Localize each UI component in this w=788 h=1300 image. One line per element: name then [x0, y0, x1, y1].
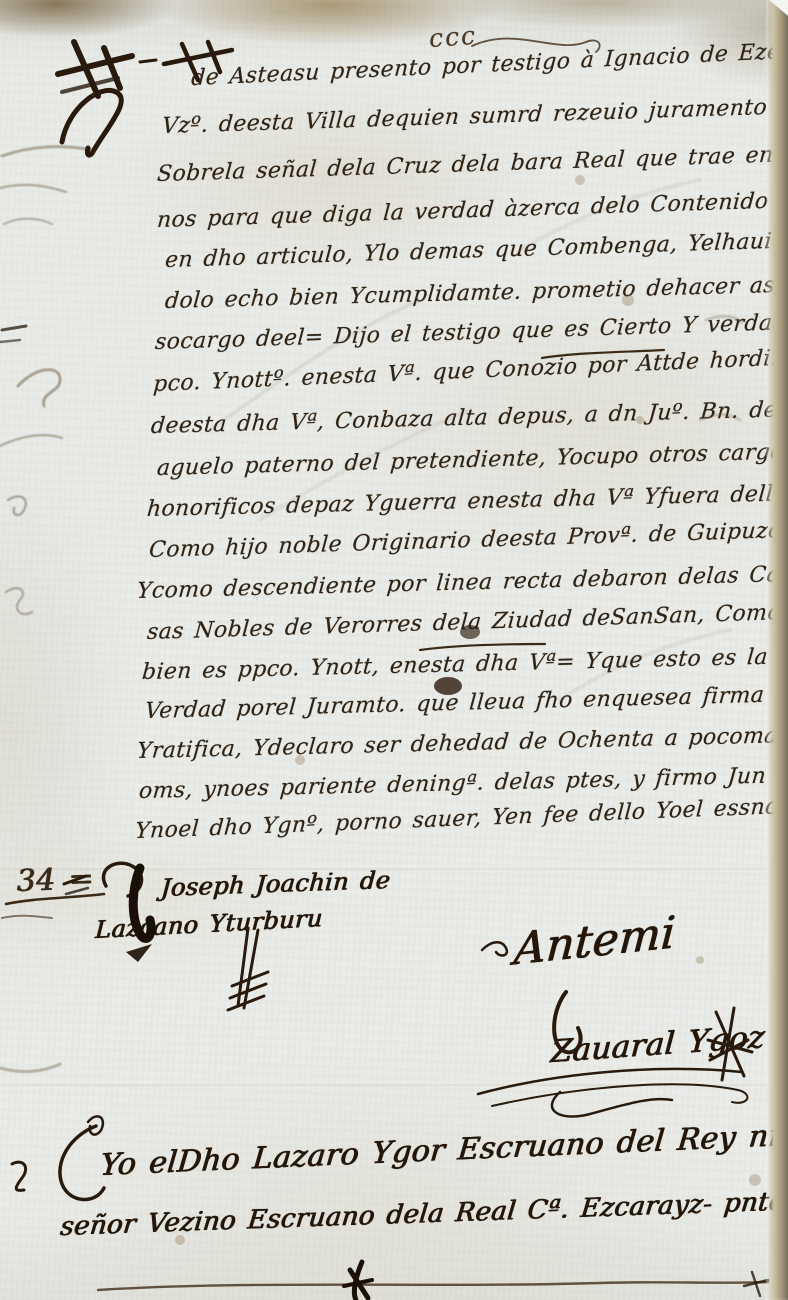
manuscript-line: bien es ppco. Ynott, enesta dha Vª= Yque…	[141, 645, 769, 685]
ante-mi-label: Antemi	[512, 907, 677, 976]
manuscript-line: pco. Ynottº. enesta Vª. que Conozio por …	[152, 345, 788, 397]
manuscript-line: honorificos depaz Yguerra enesta dha Vª …	[146, 481, 788, 522]
closing-line-1: Yo elDho Lazaro Ygor Escruano del Rey nr…	[99, 1117, 788, 1183]
fold-crease	[0, 866, 788, 870]
manuscript-line: Yratifica, Ydeclaro ser dehedad de Ochen…	[136, 723, 788, 764]
manuscript-line: sas Nobles de Verorres dela Ziudad deSan…	[146, 598, 788, 645]
manuscript-page: ccc de Asteasu presento por testigo à Ig…	[0, 0, 788, 1300]
fold-crease	[0, 1082, 788, 1086]
manuscript-line: Ycomo descendiente por linea recta debar…	[136, 562, 781, 604]
manuscript-line: deesta dha Vª, Conbaza alta depus, a dn …	[150, 396, 788, 439]
closing-line-2: señor Vezino Escruano dela Real Cª. Ezca…	[59, 1187, 786, 1242]
witness-signature-line1: Joseph Joachin de	[160, 866, 391, 902]
witness-signature-line2: Lazcano Yturburu	[95, 904, 324, 944]
page-edge	[766, 0, 788, 1300]
manuscript-line: Verdad porel Juramto. que lleua fho enqu…	[144, 683, 765, 724]
manuscript-line: aguelo paterno del pretendiente, Yocupo …	[156, 439, 788, 481]
manuscript-line: socargo deel= Dijo el testigo que es Cie…	[154, 310, 788, 355]
manuscript-line: nos para que diga la verdad àzerca delo …	[156, 189, 769, 233]
manuscript-line: Sobrela señal dela Cruz dela bara Real q…	[156, 140, 788, 187]
manuscript-line: dolo echo bien Ycumplidamte. prometio de…	[164, 273, 788, 314]
manuscript-line: Vzº. deesta Villa dequien sumrd rezeuio …	[161, 95, 768, 139]
notary-signature: Zauaral Ygoz	[549, 1019, 766, 1070]
manuscript-line: Como hijo noble Originario deesta Provª.…	[148, 517, 788, 563]
folio-mark: ccc	[428, 21, 478, 53]
manuscript-line: de Asteasu presento por testigo à Ignaci…	[191, 36, 788, 91]
manuscript-line: en dho articulo, Ylo demas que Combenga,…	[164, 228, 788, 273]
margin-number: 34 =	[16, 861, 95, 899]
